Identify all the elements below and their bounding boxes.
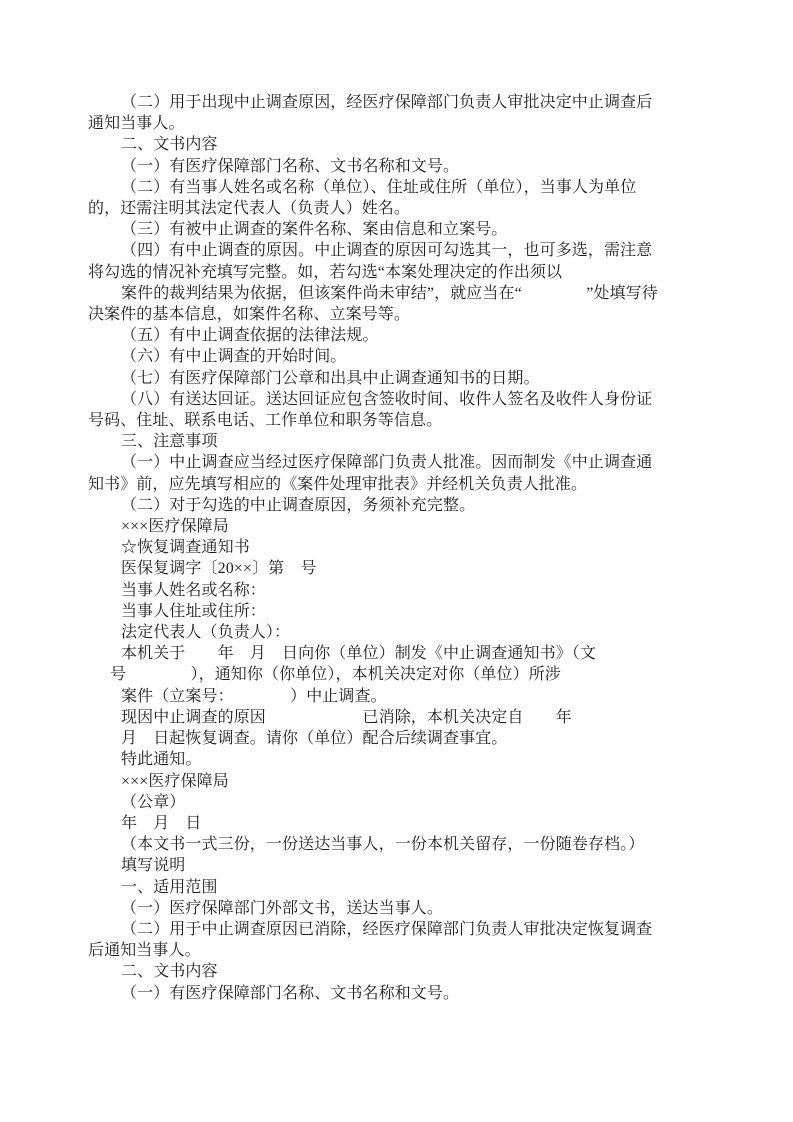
document-line: 月 日起恢复调查。请你（单位）配合后续调查事宜。 [88, 728, 683, 749]
document-line: （本文书一式三份，一份送达当事人，一份本机关留存，一份随卷存档。） [88, 834, 683, 855]
document-line: 特此通知。 [88, 749, 683, 770]
document-line: 三、注意事项 [88, 431, 683, 452]
document-line: 当事人姓名或名称： [88, 580, 683, 601]
document-line: 决案件的基本信息，如案件名称、立案号等。 [88, 304, 683, 325]
document-line: （二）有当事人姓名或名称（单位）、住址或住所（单位），当事人为单位 [88, 177, 683, 198]
document-line: 通知当事人。 [88, 113, 683, 134]
document-line: 案件（立案号： ）中止调查。 [88, 686, 683, 707]
document-line: 知书》前，应先填写相应的《案件处理审批表》并经机关负责人批准。 [88, 474, 683, 495]
document-line: （一）中止调查应当经过医疗保障部门负责人批准。因而制发《中止调查通 [88, 452, 683, 473]
document-line: 号 ），通知你（你单位），本机关决定对你（单位）所涉 [88, 664, 683, 685]
document-line: （二）用于中止调查原因已消除，经医疗保障部门负责人审批决定恢复调查 [88, 919, 683, 940]
document-line: 现因中止调查的原因 已消除，本机关决定自 年 [88, 707, 683, 728]
document-line: 一、适用范围 [88, 877, 683, 898]
document-line: 本机关于 年 月 日向你（单位）制发《中止调查通知书》（文 [88, 643, 683, 664]
document-line: （一）有医疗保障部门名称、文书名称和文号。 [88, 983, 683, 1004]
document-line: （四）有中止调查的原因。中止调查的原因可勾选其一，也可多选，需注意 [88, 240, 683, 261]
document-line: 将勾选的情况补充填写完整。如，若勾选“本案处理决定的作出须以 [88, 262, 683, 283]
document-line: （六）有中止调查的开始时间。 [88, 346, 683, 367]
document-line: 的，还需注明其法定代表人（负责人）姓名。 [88, 198, 683, 219]
document-line: 后通知当事人。 [88, 940, 683, 961]
document-line: 医保复调字〔20××〕第 号 [88, 558, 683, 579]
document-line: 案件的裁判结果为依据，但该案件尚未审结”，就应当在“ ”处填写待 [88, 283, 683, 304]
document-line: 二、文书内容 [88, 961, 683, 982]
document-line: （二）用于出现中止调查原因，经医疗保障部门负责人审批决定中止调查后 [88, 92, 683, 113]
document-line: ×××医疗保障局 [88, 771, 683, 792]
document-page: （二）用于出现中止调查原因，经医疗保障部门负责人审批决定中止调查后通知当事人。二… [0, 0, 793, 1122]
document-line: 年 月 日 [88, 813, 683, 834]
document-line: ×××医疗保障局 [88, 516, 683, 537]
document-line: （一）医疗保障部门外部文书，送达当事人。 [88, 898, 683, 919]
document-line: 法定代表人（负责人）： [88, 622, 683, 643]
document-line: （二）对于勾选的中止调查原因，务须补充完整。 [88, 495, 683, 516]
document-line: （五）有中止调查依据的法律法规。 [88, 325, 683, 346]
document-line: 二、文书内容 [88, 134, 683, 155]
document-line: （七）有医疗保障部门公章和出具中止调查通知书的日期。 [88, 368, 683, 389]
document-line: （三）有被中止调查的案件名称、案由信息和立案号。 [88, 219, 683, 240]
document-line: 填写说明 [88, 855, 683, 876]
document-line: 当事人住址或住所： [88, 601, 683, 622]
document-text-block: （二）用于出现中止调查原因，经医疗保障部门负责人审批决定中止调查后通知当事人。二… [88, 92, 683, 1004]
document-line: （公章） [88, 792, 683, 813]
document-line: 号码、住址、联系电话、工作单位和职务等信息。 [88, 410, 683, 431]
document-line: ☆恢复调查通知书 [88, 537, 683, 558]
document-line: （八）有送达回证。送达回证应包含签收时间、收件人签名及收件人身份证 [88, 389, 683, 410]
document-line: （一）有医疗保障部门名称、文书名称和文号。 [88, 156, 683, 177]
